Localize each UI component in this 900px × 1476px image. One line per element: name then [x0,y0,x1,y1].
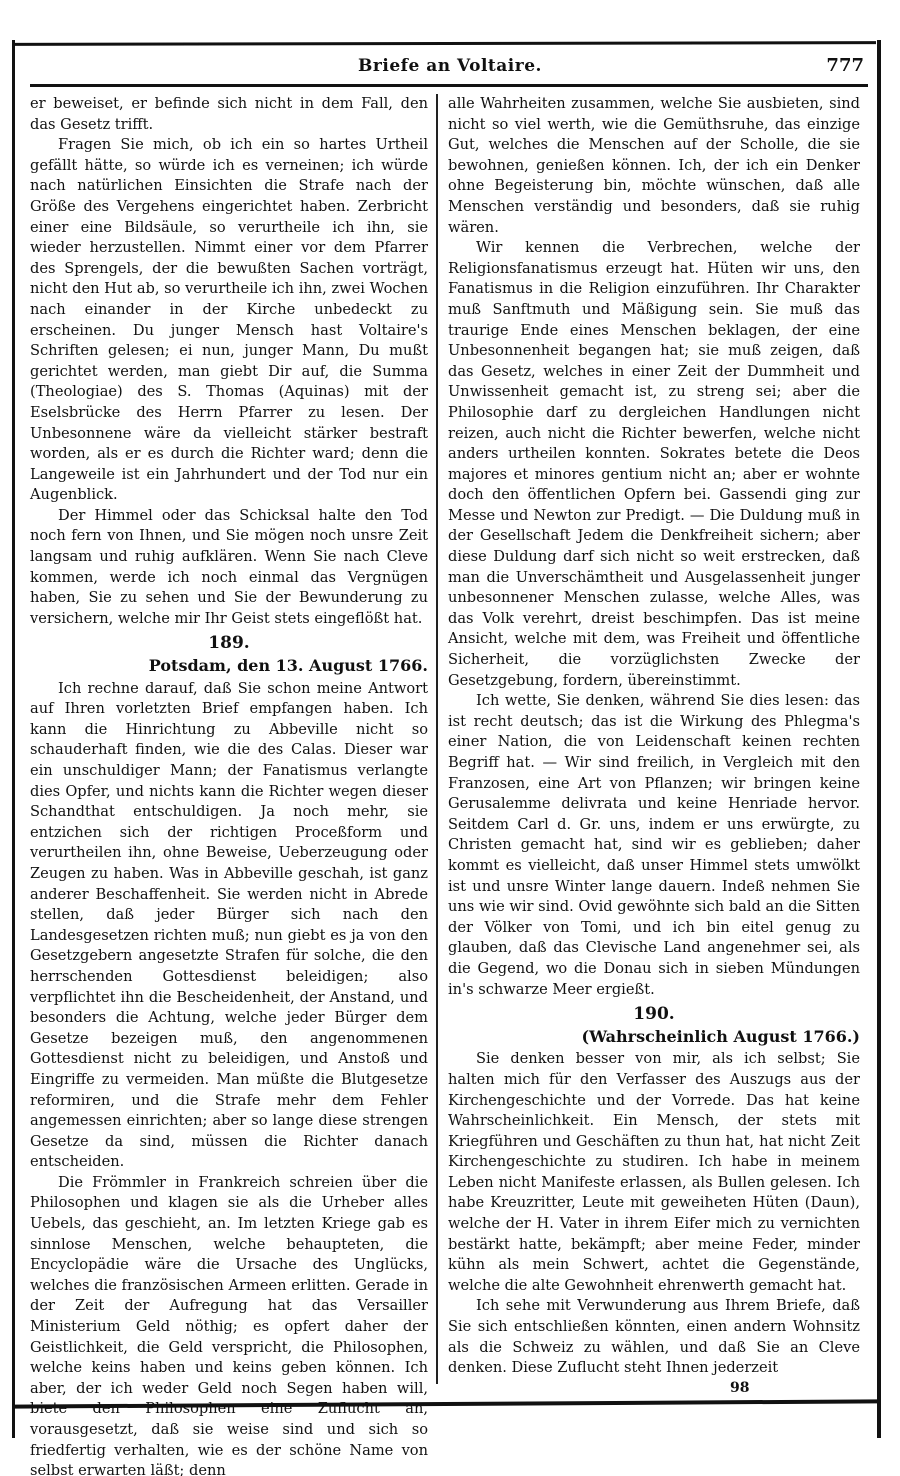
paragraph: Ich sehe mit Verwunderung aus Ihrem Brie… [448,1296,860,1378]
running-header: Briefe an Voltaire. 777 [30,52,870,82]
header-rule [30,84,868,87]
paragraph: er beweiset, er befinde sich nicht in de… [30,94,428,135]
column-divider [436,94,438,1384]
right-column: alle Wahrheiten zusammen, welche Sie aus… [448,94,860,1379]
letter-number: 189. [30,633,428,654]
letter-dateline: Potsdam, den 13. August 1766. [30,656,428,677]
page-number: 777 [826,55,864,76]
paragraph: Die Frömmler in Frankreich schreien über… [30,1173,428,1476]
running-title: Briefe an Voltaire. [30,56,870,76]
left-column: er beweiset, er befinde sich nicht in de… [30,94,428,1476]
letter-number: 190. [448,1004,860,1025]
paragraph: Fragen Sie mich, ob ich ein so hartes Ur… [30,135,428,506]
letter-dateline: (Wahrscheinlich August 1766.) [448,1027,860,1048]
signature-mark: 98 [730,1380,749,1396]
paragraph: Sie denken besser von mir, als ich selbs… [448,1049,860,1296]
paragraph: Wir kennen die Verbrechen, welche der Re… [448,238,860,691]
paragraph: Ich rechne darauf, daß Sie schon meine A… [30,679,428,1173]
paragraph: Ich wette, Sie denken, während Sie dies … [448,691,860,1000]
paragraph: Der Himmel oder das Schicksal halte den … [30,506,428,630]
paragraph: alle Wahrheiten zusammen, welche Sie aus… [448,94,860,238]
